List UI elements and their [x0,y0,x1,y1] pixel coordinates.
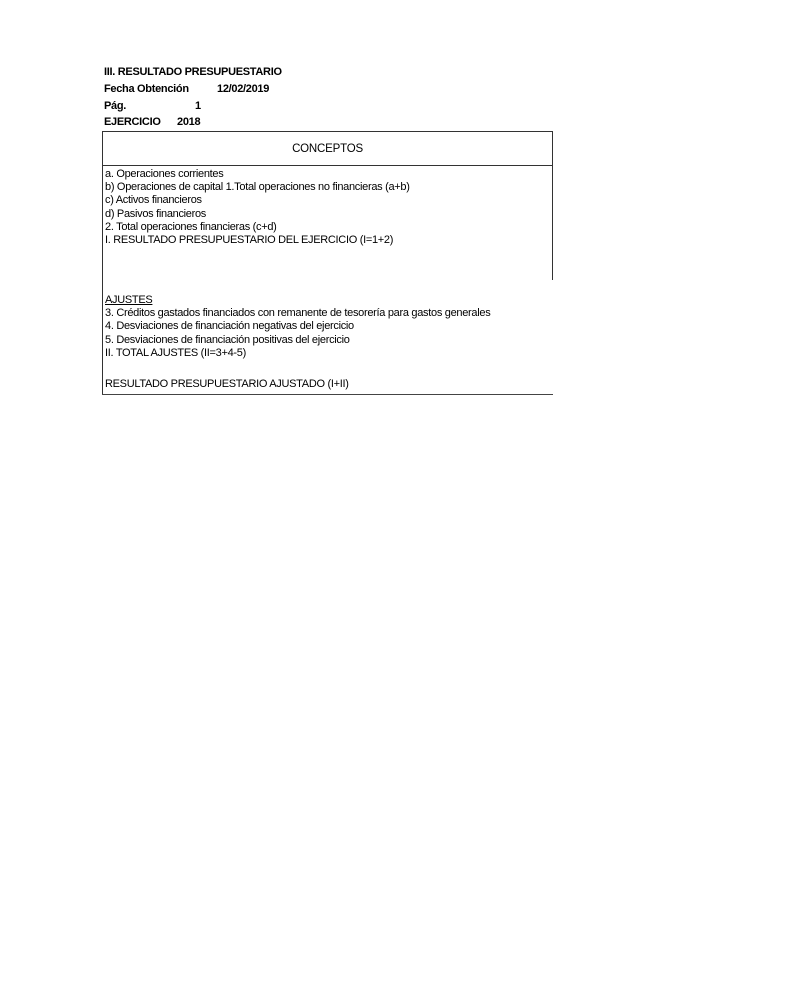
final-result-row: RESULTADO PRESUPUESTARIO AJUSTADO (I+II) [105,378,349,391]
pag-value: 1 [195,100,201,113]
table-row: c) Activos financieros [105,194,202,207]
ejercicio-label: EJERCICIO [104,116,161,128]
table-row: I. RESULTADO PRESUPUESTARIO DEL EJERCICI… [105,234,393,247]
table-row: d) Pasivos financieros [105,208,206,221]
table-row: b) Operaciones de capital 1.Total operac… [105,181,410,194]
ajustes-heading: AJUSTES [105,294,152,307]
table-row: 5. Desviaciones de financiación positiva… [105,334,350,347]
fecha-value: 12/02/2019 [217,83,269,96]
fecha-label: Fecha Obtención [104,83,189,95]
column-header-label: CONCEPTOS [292,143,363,155]
table-left-border [102,131,103,395]
table-right-border [552,131,553,280]
table-row: 2. Total operaciones financieras (c+d) [105,221,277,234]
table-row: 4. Desviaciones de financiación negativa… [105,320,354,333]
table-row: II. TOTAL AJUSTES (II=3+4-5) [105,347,246,360]
table-row: a. Operaciones corrientes [105,168,223,181]
ejercicio-value: 2018 [177,116,200,129]
table-bottom-border [102,394,553,395]
pag-label: Pág. [104,100,126,112]
ejercicio: EJERCICIO 2018 [104,116,161,129]
table-row: 3. Créditos gastados financiados con rem… [105,307,490,320]
page-number: Pág. 1 [104,100,126,113]
table-header-separator [102,165,553,166]
column-header-conceptos: CONCEPTOS [103,132,552,165]
fecha-obtencion: Fecha Obtención 12/02/2019 [104,83,189,96]
report-title: III. RESULTADO PRESUPUESTARIO [104,66,282,79]
